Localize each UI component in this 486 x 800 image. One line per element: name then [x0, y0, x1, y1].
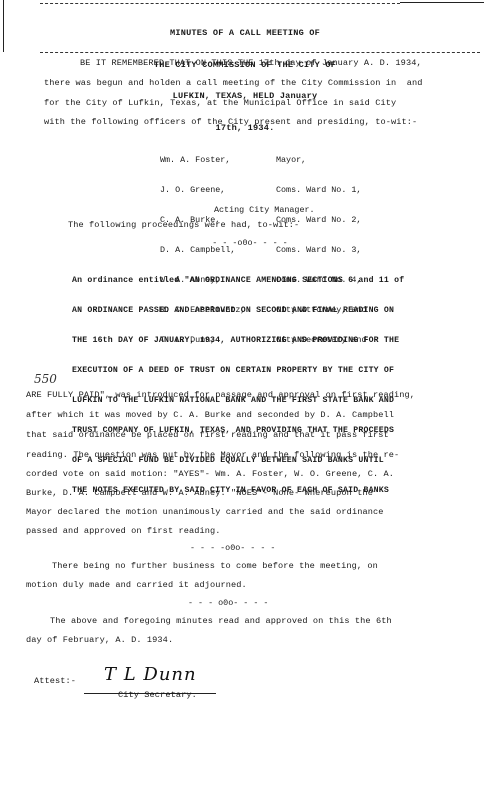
- opening-line: for the City of Lufkin, Texas, at the Mu…: [44, 98, 396, 109]
- ordinance-body-line: Mayor declared the motion unanimously ca…: [26, 507, 383, 518]
- signer-title: City Secretary.: [118, 690, 197, 701]
- handwritten-page-number: 550: [34, 372, 57, 386]
- officer-row: Wm. A. Foster,Mayor,: [160, 155, 366, 165]
- top-right-rule: [400, 2, 484, 3]
- opening-line: with the following officers of the City …: [44, 117, 417, 128]
- section-separator: - - - -o0o- - - -: [190, 543, 270, 553]
- ordinance-body-line: that said ordinance be placed on first r…: [26, 430, 389, 441]
- officer-row: J. O. Greene,Coms. Ward No. 1,: [160, 185, 366, 195]
- ordinance-body-line: reading. The question was put by the May…: [26, 450, 399, 461]
- header-top-dashed-rule: [40, 3, 400, 4]
- section-separator: - - - o0o- - - -: [188, 598, 268, 608]
- ordinance-title-line: EXECUTION OF A DEED OF TRUST ON CERTAIN …: [72, 366, 404, 376]
- opening-line: BE IT REMEMBERED THAT ON THIS THE 17th d…: [80, 58, 422, 69]
- title-line: MINUTES OF A CALL MEETING OF: [130, 28, 360, 39]
- left-margin-rule: [3, 0, 4, 52]
- ordinance-title-line: An ordinance entitled "AN ORDINANCE AMEN…: [72, 276, 404, 286]
- ordinance-body-line: after which it was moved by C. A. Burke …: [26, 410, 394, 421]
- officer-name: Wm. A. Foster,: [160, 155, 276, 165]
- ordinance-body-line: Burke, D. A. Campbell and W. A. Abney. "…: [26, 488, 373, 499]
- ordinance-title-line: AN ORDINANCE PASSED AND APPROVED ON SECO…: [72, 306, 404, 316]
- approval-line: The above and foregoing minutes read and…: [50, 616, 392, 627]
- ordinance-body-line: corded vote on said motion: "AYES"- Wm. …: [26, 469, 394, 480]
- section-separator: - - -o0o- - - -: [200, 238, 300, 248]
- closing-line: motion duly made and carried it adjourne…: [26, 580, 247, 591]
- officer-title: Coms. Ward No. 1,: [276, 185, 361, 195]
- secretary-signature: T L Dunn: [104, 664, 197, 685]
- attest-label: Attest:-: [34, 676, 76, 687]
- approval-line: day of February, A. D. 1934.: [26, 635, 173, 646]
- document-page: MINUTES OF A CALL MEETING OF THE CITY CO…: [0, 0, 486, 800]
- officer-title: Mayor,: [276, 155, 306, 165]
- header-bottom-dashed-rule: [40, 52, 480, 53]
- closing-line: There being no further business to come …: [52, 561, 378, 572]
- ordinance-body-line: passed and approved on first reading.: [26, 526, 221, 537]
- proceedings-intro: The following proceedings were had, to-w…: [68, 220, 299, 231]
- ordinance-body-line: ARE FULLY PAID", was introduced for pass…: [26, 390, 415, 401]
- opening-line: there was begun and holden a call meetin…: [44, 78, 423, 89]
- officer-name: J. O. Greene,: [160, 185, 276, 195]
- officer-title-continuation: Acting City Manager.: [214, 205, 315, 215]
- ordinance-title-line: THE 16th DAY OF JANUARY, 1934, AUTHORIZI…: [72, 336, 404, 346]
